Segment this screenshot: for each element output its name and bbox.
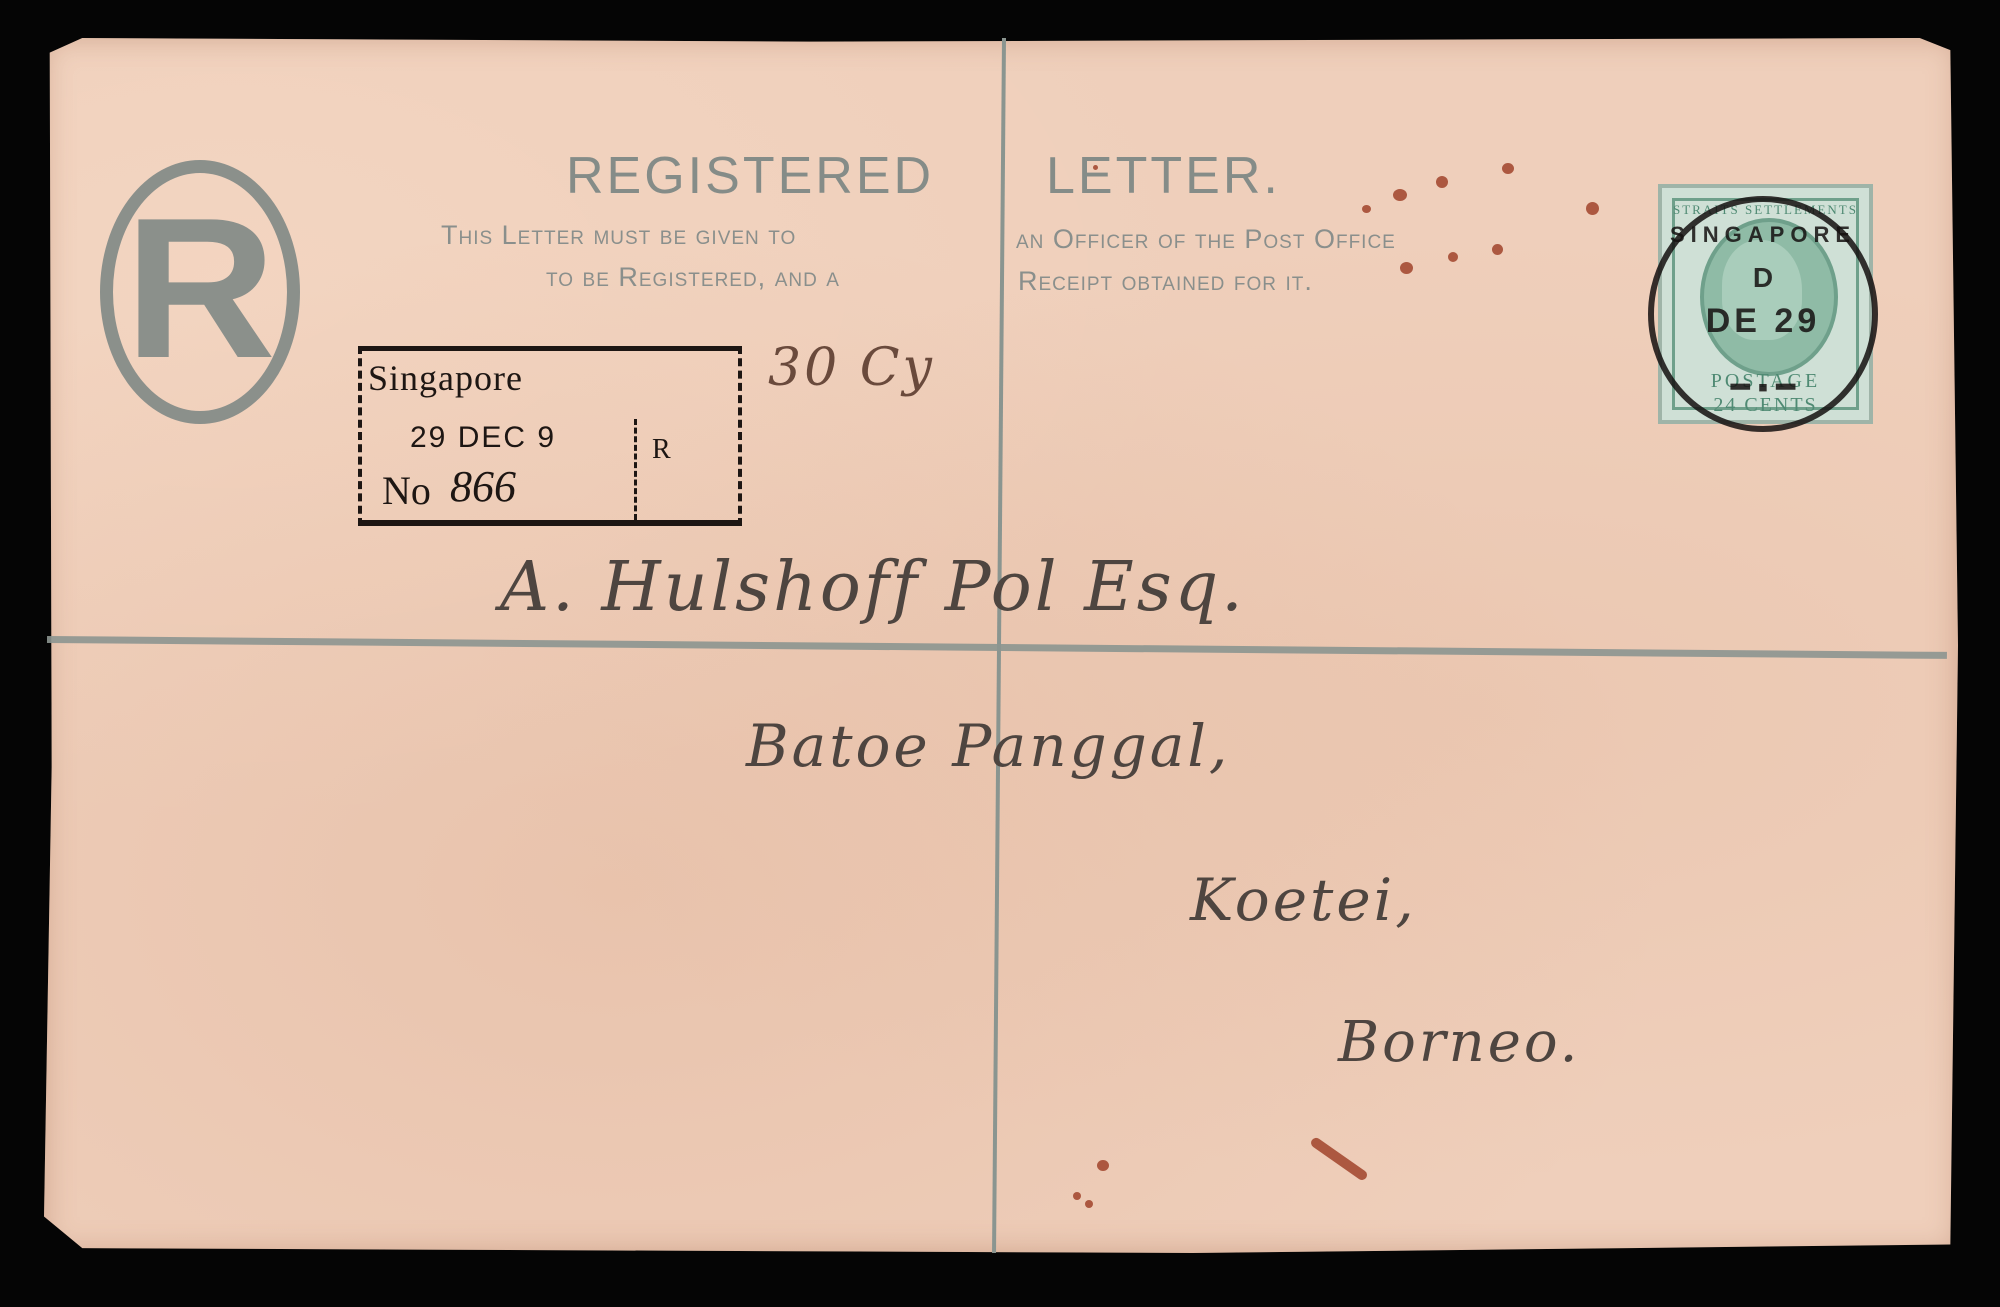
- postmark-code: D: [1654, 262, 1872, 294]
- stain-spot: [1085, 1200, 1093, 1208]
- stain-spot: [1393, 189, 1407, 201]
- registered-r-icon: R: [100, 160, 300, 424]
- stain-spot: [1492, 244, 1503, 255]
- stain-spot: [1400, 262, 1413, 274]
- registration-mark: R: [124, 189, 276, 389]
- header-line1-right: an Officer of the Post Office: [1016, 224, 1396, 255]
- stain-spot: [1448, 252, 1458, 262]
- stain-spot: [1073, 1192, 1081, 1200]
- registration-label: Singapore 29 DEC 9 No 866 R: [358, 346, 742, 526]
- postmark-cancel: SINGAPORE D DE 29 ━ ▪ ━: [1648, 196, 1878, 432]
- registration-office: Singapore: [368, 357, 523, 399]
- header-title-left: REGISTERED: [566, 146, 934, 206]
- header-line2-left: to be Registered, and a: [546, 262, 840, 293]
- registration-date: 29 DEC 9: [410, 421, 556, 455]
- registration-number: 866: [450, 461, 516, 512]
- stain-spot: [1362, 205, 1371, 213]
- stain-spot: [1436, 176, 1448, 188]
- stain-spot: [1502, 163, 1514, 174]
- address-line-2: Batoe Panggal,: [746, 712, 1230, 780]
- postmark-bars: ━ ▪ ━: [1654, 370, 1872, 405]
- registration-number-prefix: No: [382, 467, 431, 514]
- header-line2-right: Receipt obtained for it.: [1018, 266, 1313, 297]
- header-title-right: LETTER.: [1046, 146, 1281, 206]
- address-line-3: Koetei,: [1190, 866, 1417, 934]
- stain-spot: [1093, 165, 1098, 170]
- postmark-date: DE 29: [1654, 302, 1872, 341]
- stain-spot: [1586, 202, 1599, 215]
- stain-spot: [1097, 1160, 1109, 1171]
- header-line1-left: This Letter must be given to: [441, 220, 796, 251]
- registration-divider: [634, 419, 637, 520]
- address-line-1: A. Hulshoff Pol Esq.: [500, 548, 1246, 627]
- registration-side-mark: R: [652, 427, 671, 473]
- address-line-4: Borneo.: [1338, 1010, 1580, 1075]
- pencil-note: 30 Cy: [768, 338, 935, 398]
- postmark-top-text: SINGAPORE: [1654, 222, 1872, 248]
